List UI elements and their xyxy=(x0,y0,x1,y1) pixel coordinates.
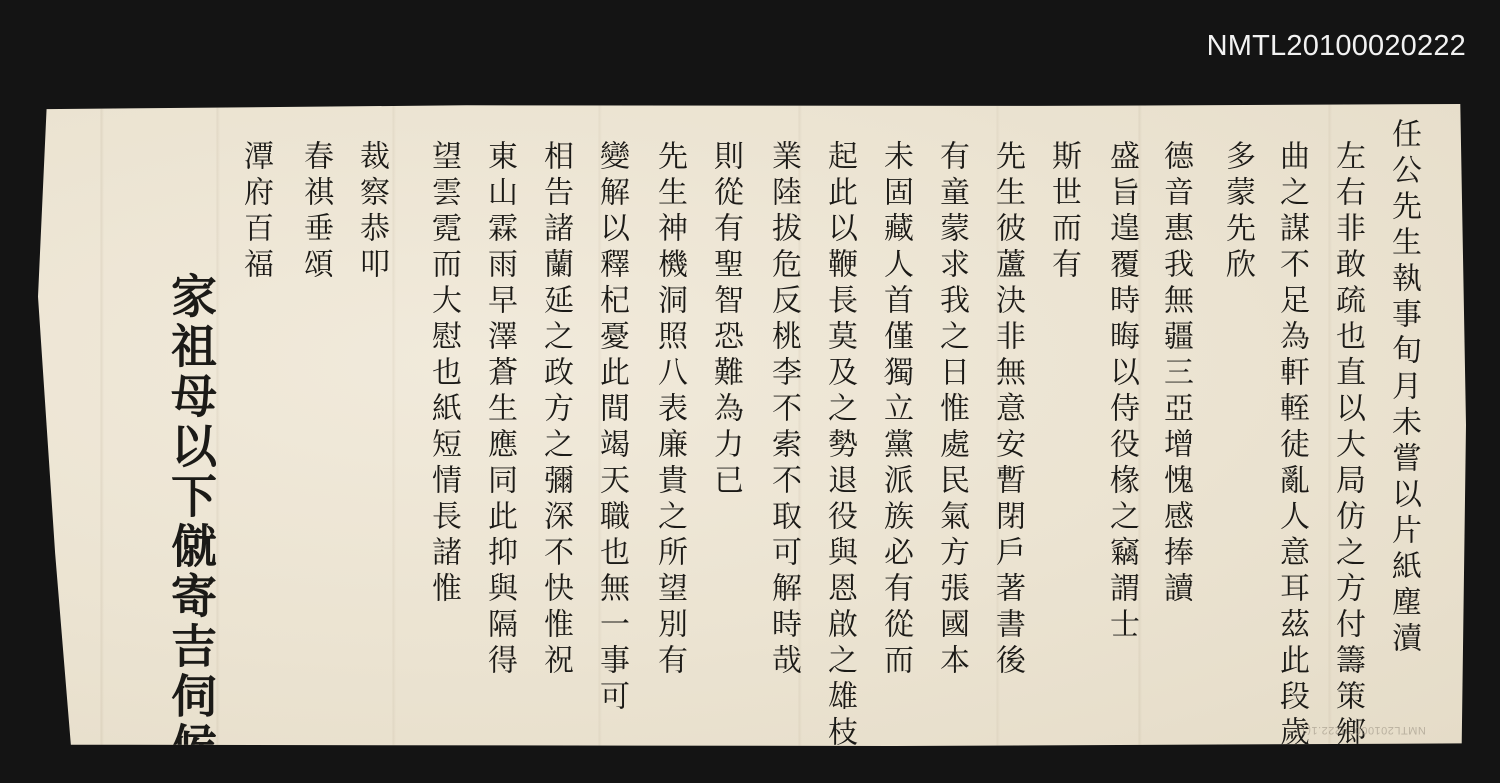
letter-column: 起此以鞭長莫及之勢退役與恩啟之雄枝 xyxy=(824,140,854,752)
letter-column: 未固藏人首僅獨立黨派族必有從而 xyxy=(880,140,910,680)
letter-column: 相告諸蘭延之政方之彌深不快惟祝 xyxy=(540,140,570,680)
letter-column: 望雲霓而大慰也紙短情長諸惟 xyxy=(428,140,458,608)
letter-column: 盛旨遑覆時晦以侍役椽之竊謂士 xyxy=(1106,140,1136,644)
letter-column: 多蒙先欣 xyxy=(1222,140,1252,284)
letter-column: 變解以釋杞憂此間竭天職也無一事可 xyxy=(596,140,626,716)
letter-column: 東山霖雨早澤蒼生應同此抑與隔得 xyxy=(484,140,514,680)
letter-column: 左右非敢疏也直以大局仿之方付籌策鄉 xyxy=(1332,140,1362,752)
letter-column: 則從有聖智恐難為力已 xyxy=(710,140,740,500)
letter-column: 曲之謀不足為軒輊徒亂人意耳茲此段歲 xyxy=(1276,140,1306,752)
letter-paper: 任公先生執事旬月未嘗以片紙塵瀆 左右非敢疏也直以大局仿之方付籌策鄉 曲之謀不足為… xyxy=(38,104,1466,746)
archive-id-label: NMTL20100020222 xyxy=(1207,30,1466,63)
letter-column: 有童蒙求我之日惟處民氣方張國本 xyxy=(936,140,966,680)
letter-column: 先生彼蘆決非無意安暫閉戶著書後 xyxy=(992,140,1022,680)
letter-signature: 家祖母以下僦寄吉伺候 xyxy=(168,272,214,772)
scan-background: NMTL20100020222 任公先生執事旬月未嘗以片紙塵瀆 左右非敢疏也直以… xyxy=(0,0,1500,783)
letter-closing: 潭府百福 xyxy=(240,140,270,284)
letter-column: 德音惠我無疆三亞增愧感捧讀 xyxy=(1160,140,1190,608)
letter-column: 任公先生執事旬月未嘗以片紙塵瀆 xyxy=(1388,118,1418,658)
letter-closing: 春祺垂頌 xyxy=(300,140,330,284)
letter-column: 先生神機洞照八表廉貴之所望別有 xyxy=(654,140,684,680)
archive-stamp: NMTL20100020222.1(1) xyxy=(1296,724,1426,736)
letter-column: 業陸拔危反桃李不索不取可解時哉 xyxy=(768,140,798,680)
letter-column: 斯世而有 xyxy=(1048,140,1078,284)
letter-closing: 裁察恭叩 xyxy=(356,140,386,284)
